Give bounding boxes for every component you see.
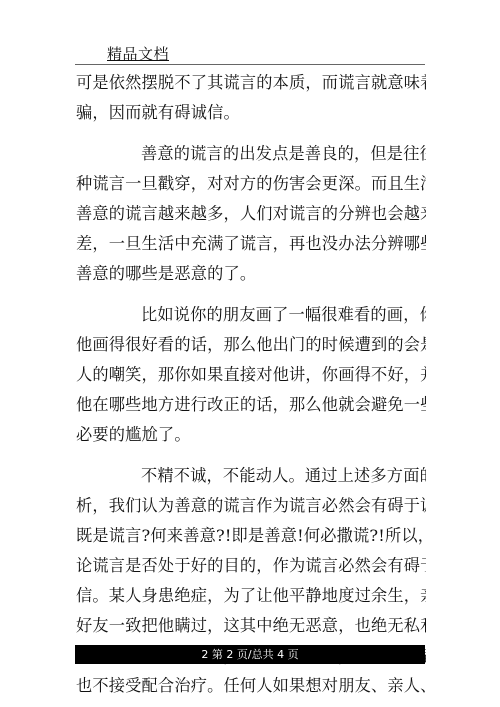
text-line: 比如说你的朋友画了一幅很难看的画，你说 <box>76 300 426 330</box>
page-number-label: 2 第 2 页/总共 4 页 <box>201 648 298 661</box>
text-line: 善意的谎言越来越多，人们对谎言的分辨也会越来越 <box>76 199 426 229</box>
text-line: 善意的哪些是恶意的了。 <box>76 259 426 289</box>
text-line: 也不接受配合治疗。任何人如果想对朋友、亲人、同 <box>76 671 426 701</box>
text-line: 必要的尴尬了。 <box>76 420 426 450</box>
text-line: 既是谎言?何来善意?!即是善意!何必撒谎?!所以，无 <box>76 521 426 551</box>
text-line: 人的嘲笑，那你如果直接对他讲，你画得不好，并教 <box>76 360 426 390</box>
page-header: 精品文档 <box>75 40 425 65</box>
text-line: 析，我们认为善意的谎言作为谎言必然会有碍于诚信。 <box>76 491 426 521</box>
text-line: 可是依然摆脱不了其谎言的本质，而谎言就意味着欺 <box>76 68 426 98</box>
paragraph-4: 不精不诚，不能动人。通过上述多方面的分 析，我们认为善意的谎言作为谎言必然会有碍… <box>76 461 426 701</box>
text-line: 信。某人身患绝症，为了让他平静地度过余生，亲朋 <box>76 581 426 611</box>
page-footer: 2 第 2 页/总共 4 页 <box>75 645 425 664</box>
document-body: 可是依然摆脱不了其谎言的本质，而谎言就意味着欺 骗，因而就有碍诚信。 善意的谎言… <box>76 68 426 707</box>
text-line: 善意的谎言的出发点是善良的，但是往往这 <box>76 139 426 169</box>
text-line: 种谎言一旦戳穿，对对方的伤害会更深。而且生活中 <box>76 169 426 199</box>
text-line: 论谎言是否处于好的目的，作为谎言必然会有碍于诚 <box>76 551 426 581</box>
text-line: 差，一旦生活中充满了谎言，再也没办法分辨哪些是 <box>76 229 426 259</box>
text-line: 他画得很好看的话，那么他出门的时候遭到的会是别 <box>76 330 426 360</box>
text-line: 好友一致把他瞒过，这其中绝无恶意，也绝无私利， <box>76 611 426 641</box>
text-line: 不精不诚，不能动人。通过上述多方面的分 <box>76 461 426 491</box>
text-line: 他在哪些地方进行改正的话，那么他就会避免一些不 <box>76 390 426 420</box>
paragraph-2: 善意的谎言的出发点是善良的，但是往往这 种谎言一旦戳穿，对对方的伤害会更深。而且… <box>76 139 426 289</box>
text-line: 骗，因而就有碍诚信。 <box>76 98 426 128</box>
paragraph-3: 比如说你的朋友画了一幅很难看的画，你说 他画得很好看的话，那么他出门的时候遭到的… <box>76 300 426 450</box>
paragraph-1: 可是依然摆脱不了其谎言的本质，而谎言就意味着欺 骗，因而就有碍诚信。 <box>76 68 426 128</box>
header-title: 精品文档 <box>107 43 169 64</box>
